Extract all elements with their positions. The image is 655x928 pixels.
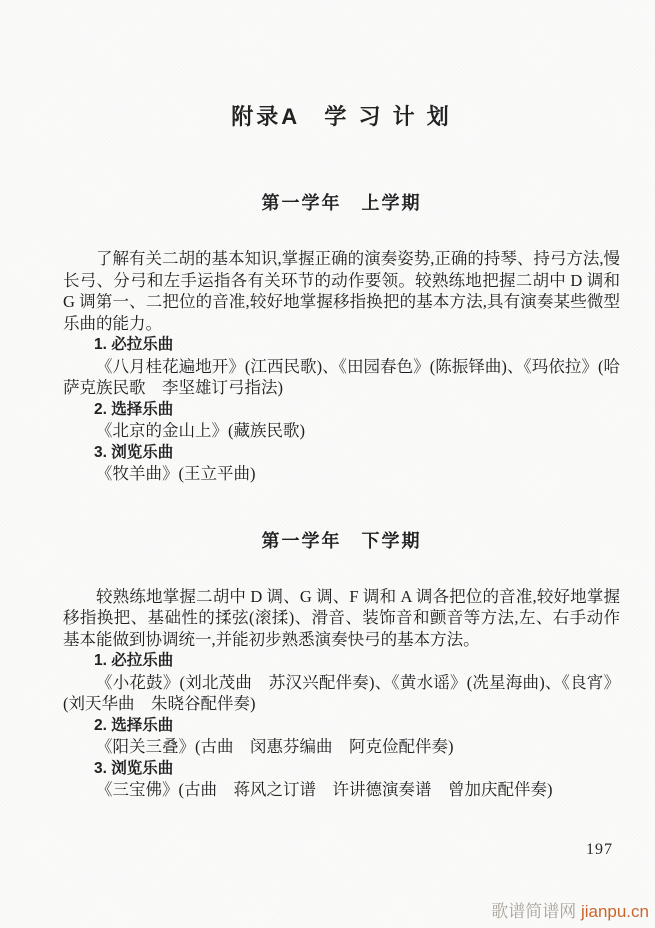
watermark: 歌谱简谱网 jianpu.cn bbox=[491, 897, 649, 922]
item-content-required: 《小花鼓》(刘北茂曲 苏汉兴配伴奏)、《黄水谣》(冼星海曲)、《良宵》(刘天华曲… bbox=[63, 672, 620, 715]
page-number: 197 bbox=[586, 841, 613, 859]
semester-heading-lower: 第一学年 下学期 bbox=[63, 530, 620, 553]
item-content-required: 《八月桂花遍地开》(江西民歌)、《田园春色》(陈振铎曲)、《玛依拉》(哈萨克族民… bbox=[63, 356, 620, 399]
watermark-site-name: 歌谱简谱网 bbox=[491, 902, 576, 921]
semester-intro-lower: 较熟练地掌握二胡中 D 调、G 调、F 调和 A 调各把位的音准,较好地掌握移指… bbox=[63, 586, 620, 651]
item-content-elective: 《阳关三叠》(古曲 闵惠芬编曲 阿克俭配伴奏) bbox=[63, 736, 620, 758]
semester-intro-upper: 了解有关二胡的基本知识,掌握正确的演奏姿势,正确的持琴、持弓方法,慢长弓、分弓和… bbox=[63, 248, 620, 334]
item-content-elective: 《北京的金山上》(藏族民歌) bbox=[63, 420, 620, 442]
section-first-semester-upper: 第一学年 上学期 了解有关二胡的基本知识,掌握正确的演奏姿势,正确的持琴、持弓方… bbox=[63, 192, 620, 485]
item-label-browse: 3. 浏览乐曲 bbox=[63, 442, 620, 464]
page-content: 附录A 学 习 计 划 第一学年 上学期 了解有关二胡的基本知识,掌握正确的演奏… bbox=[0, 0, 655, 801]
watermark-site-url: jianpu.cn bbox=[581, 902, 649, 921]
semester-heading-upper: 第一学年 上学期 bbox=[63, 192, 620, 215]
item-label-required: 1. 必拉乐曲 bbox=[63, 334, 620, 356]
item-label-elective: 2. 选择乐曲 bbox=[63, 715, 620, 737]
book-page: 附录A 学 习 计 划 第一学年 上学期 了解有关二胡的基本知识,掌握正确的演奏… bbox=[0, 0, 655, 928]
item-content-browse: 《三宝佛》(古曲 蒋风之订谱 许讲德演奏谱 曾加庆配伴奏) bbox=[63, 779, 620, 801]
appendix-title: 附录A 学 习 计 划 bbox=[63, 104, 620, 130]
item-label-required: 1. 必拉乐曲 bbox=[63, 650, 620, 672]
item-label-browse: 3. 浏览乐曲 bbox=[63, 758, 620, 780]
item-content-browse: 《牧羊曲》(王立平曲) bbox=[63, 463, 620, 485]
item-label-elective: 2. 选择乐曲 bbox=[63, 399, 620, 421]
section-first-semester-lower: 第一学年 下学期 较熟练地掌握二胡中 D 调、G 调、F 调和 A 调各把位的音… bbox=[63, 530, 620, 801]
